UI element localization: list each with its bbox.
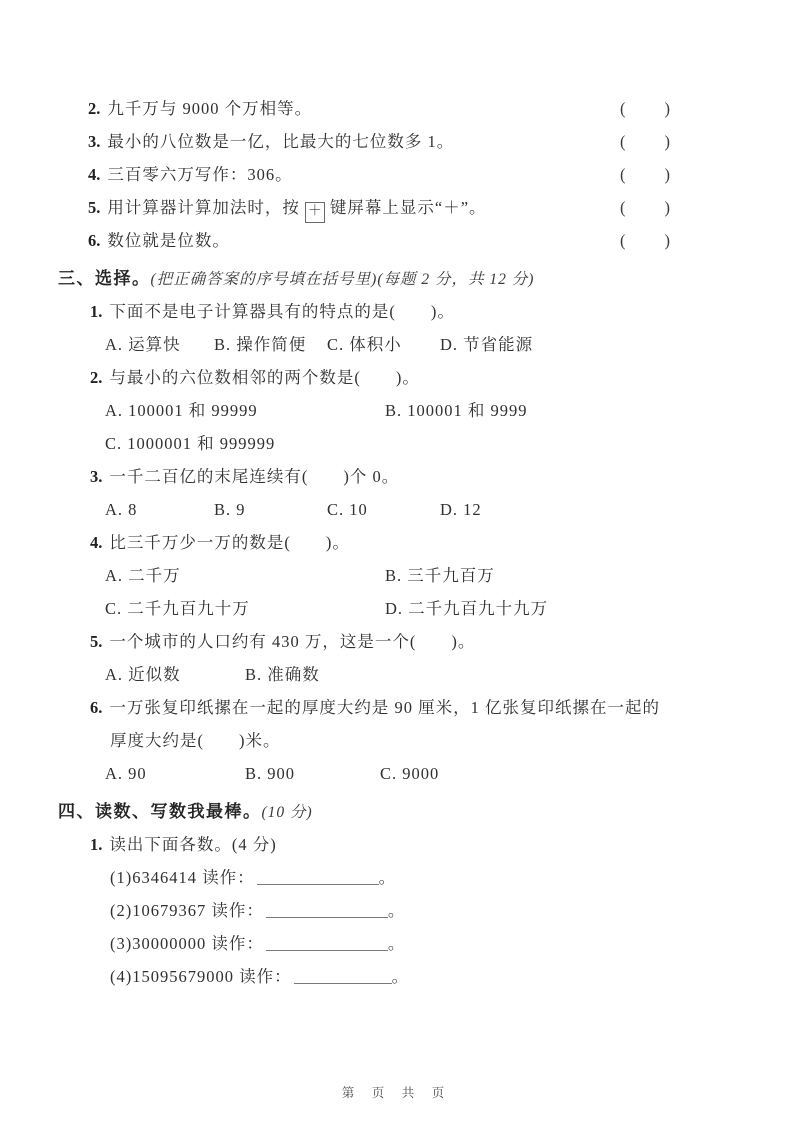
options-row: C. 二千九百九十万 D. 二千九百九十九万 (105, 592, 793, 625)
question-number: 3. (88, 132, 100, 151)
answer-brackets: () (620, 158, 670, 191)
blank-line (294, 967, 392, 984)
question-text-pre: 用计算器计算加法时，按 (107, 198, 300, 217)
option-label: C. 二千九百九十万 (105, 592, 250, 625)
section-note: (把正确答案的序号填在括号里)(每题 2 分，共 12 分) (151, 271, 535, 288)
question-text-post: 键屏幕上显示“＋”。 (330, 198, 487, 217)
tf-item: 3.最小的八位数是一亿，比最大的七位数多 1。 () (88, 125, 793, 158)
question-number: 5. (90, 632, 102, 651)
tf-item: 2.九千万与 9000 个万相等。 () (88, 92, 793, 125)
read-item-prefix: (3)30000000 读作： (110, 934, 264, 953)
read-item: (2)10679367 读作：。 (110, 894, 793, 927)
read-item-period: 。 (392, 967, 409, 986)
option-label: A. 运算快 (105, 328, 181, 361)
options-row: A. 90 B. 900 C. 9000 (105, 757, 793, 790)
question: 1.下面不是电子计算器具有的特点的是( )。 (90, 295, 793, 328)
option-label: B. 100001 和 9999 (385, 394, 528, 427)
true-false-section: 2.九千万与 9000 个万相等。 () 3.最小的八位数是一亿，比最大的七位数… (0, 0, 793, 257)
option-label: A. 8 (105, 493, 137, 526)
blank-line (257, 868, 379, 885)
bracket-close: ) (665, 92, 671, 125)
option-label: B. 准确数 (245, 658, 320, 691)
read-item: (1)6346414 读作：。 (110, 861, 793, 894)
blank-line (266, 934, 388, 951)
section-title-choice: 三、选择。(把正确答案的序号填在括号里)(每题 2 分，共 12 分) (58, 262, 793, 295)
option-label: D. 二千九百九十九万 (385, 592, 548, 625)
answer-brackets: () (620, 125, 670, 158)
read-item-prefix: (1)6346414 读作： (110, 868, 255, 887)
plus-key-icon: ＋ (305, 202, 325, 223)
read-item-period: 。 (379, 868, 396, 887)
option-label: C. 9000 (380, 757, 439, 790)
bracket-open: ( (620, 158, 626, 191)
question-continuation: 厚度大约是( )米。 (110, 724, 793, 757)
question-text: 下面不是电子计算器具有的特点的是( )。 (109, 302, 455, 321)
option-label: B. 操作简便 (214, 328, 306, 361)
read-item: (4)15095679000 读作：。 (110, 960, 793, 993)
page-footer: 第 页 共 页 (0, 1083, 793, 1101)
question-text: 数位就是位数。 (107, 231, 230, 250)
question-text: 最小的八位数是一亿，比最大的七位数多 1。 (107, 132, 454, 151)
section-title-text: 三、选择。 (58, 269, 151, 288)
question-text: 一千二百亿的末尾连续有( )个 0。 (109, 467, 399, 486)
question: 6.一万张复印纸摞在一起的厚度大约是 90 厘米，1 亿张复印纸摞在一起的 (90, 691, 793, 724)
question: 3.一千二百亿的末尾连续有( )个 0。 (90, 460, 793, 493)
option-label: D. 12 (440, 493, 482, 526)
read-item-period: 。 (388, 901, 405, 920)
blank-line (266, 901, 388, 918)
bracket-open: ( (620, 224, 626, 257)
question-text-line2: 厚度大约是( )米。 (110, 731, 281, 750)
bracket-close: ) (665, 224, 671, 257)
bracket-close: ) (665, 158, 671, 191)
section-title-read-write: 四、读数、写数我最棒。(10 分) (58, 795, 793, 828)
option-label: A. 近似数 (105, 658, 181, 691)
bracket-open: ( (620, 191, 626, 224)
question: 5.一个城市的人口约有 430 万，这是一个( )。 (90, 625, 793, 658)
option-label: D. 节省能源 (440, 328, 533, 361)
test-paper-page: 2.九千万与 9000 个万相等。 () 3.最小的八位数是一亿，比最大的七位数… (0, 0, 793, 1122)
bracket-close: ) (665, 191, 671, 224)
question-text: 读出下面各数。(4 分) (109, 835, 276, 854)
question-number: 6. (90, 698, 102, 717)
option-label: A. 100001 和 99999 (105, 394, 258, 427)
read-item: (3)30000000 读作：。 (110, 927, 793, 960)
question-text: 一个城市的人口约有 430 万，这是一个( )。 (109, 632, 475, 651)
question: 4.比三千万少一万的数是( )。 (90, 526, 793, 559)
options-row: A. 近似数 B. 准确数 (105, 658, 793, 691)
bracket-close: ) (665, 125, 671, 158)
answer-brackets: () (620, 92, 670, 125)
question: 2.与最小的六位数相邻的两个数是( )。 (90, 361, 793, 394)
bracket-open: ( (620, 125, 626, 158)
question-number: 4. (90, 533, 102, 552)
option-label: C. 体积小 (327, 328, 402, 361)
answer-brackets: () (620, 191, 670, 224)
question-number: 2. (90, 368, 102, 387)
option-label: A. 二千万 (105, 559, 181, 592)
read-item-prefix: (2)10679367 读作： (110, 901, 264, 920)
question-number: 3. (90, 467, 102, 486)
question-number: 4. (88, 165, 100, 184)
question-text-line1: 一万张复印纸摞在一起的厚度大约是 90 厘米，1 亿张复印纸摞在一起的 (109, 698, 660, 717)
question-text: 比三千万少一万的数是( )。 (109, 533, 350, 552)
options-row: A. 二千万 B. 三千九百万 (105, 559, 793, 592)
options-row: A. 100001 和 99999 B. 100001 和 9999 (105, 394, 793, 427)
question-number: 2. (88, 99, 100, 118)
option-label: B. 900 (245, 757, 295, 790)
question-text: 九千万与 9000 个万相等。 (107, 99, 312, 118)
option-label: B. 9 (214, 493, 246, 526)
options-row: C. 1000001 和 999999 (105, 427, 793, 460)
bracket-open: ( (620, 92, 626, 125)
option-label: C. 1000001 和 999999 (105, 427, 275, 460)
section-title-text: 四、读数、写数我最棒。 (58, 802, 262, 821)
read-item-period: 。 (388, 934, 405, 953)
question: 1.读出下面各数。(4 分) (90, 828, 793, 861)
options-row: A. 运算快 B. 操作简便 C. 体积小 D. 节省能源 (105, 328, 793, 361)
option-label: B. 三千九百万 (385, 559, 495, 592)
options-row: A. 8 B. 9 C. 10 D. 12 (105, 493, 793, 526)
option-label: C. 10 (327, 493, 368, 526)
question-text: 与最小的六位数相邻的两个数是( )。 (109, 368, 420, 387)
read-item-prefix: (4)15095679000 读作： (110, 967, 292, 986)
question-text: 三百零六万写作：306。 (107, 165, 292, 184)
question-number: 1. (90, 302, 102, 321)
tf-item: 4.三百零六万写作：306。 () (88, 158, 793, 191)
question-number: 1. (90, 835, 102, 854)
question-number: 6. (88, 231, 100, 250)
option-label: A. 90 (105, 757, 147, 790)
question-number: 5. (88, 198, 100, 217)
tf-item: 6.数位就是位数。 () (88, 224, 793, 257)
answer-brackets: () (620, 224, 670, 257)
section-note: (10 分) (262, 804, 313, 821)
tf-item: 5.用计算器计算加法时，按＋键屏幕上显示“＋”。 () (88, 191, 793, 224)
